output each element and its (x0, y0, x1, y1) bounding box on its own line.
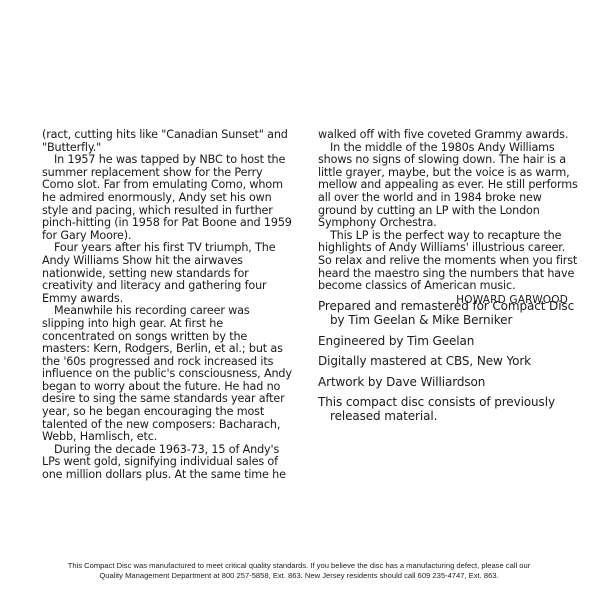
footer-line: Quality Management Department at 800 257… (0, 571, 598, 581)
paragraph: In 1957 he was tapped by NBC to host the… (42, 154, 294, 242)
paragraph: In the middle of the 1980s Andy Williams… (318, 142, 580, 230)
paragraph: During the decade 1963-73, 15 of Andy's … (42, 444, 294, 482)
production-credits: Prepared and remastered for Compact Disc… (318, 299, 588, 430)
credit-line: Artwork by Dave Williardson (318, 375, 588, 389)
paragraph: (ract, cutting hits like "Canadian Sunse… (42, 129, 294, 154)
credit-line: Engineered by Tim Geelan (318, 334, 588, 348)
paragraph: Four years after his first TV triumph, T… (42, 242, 294, 305)
liner-notes-right-column: walked off with five coveted Grammy awar… (318, 129, 580, 317)
credit-line: Prepared and remastered for Compact Disc… (318, 299, 588, 327)
paragraph: walked off with five coveted Grammy awar… (318, 129, 580, 142)
quality-notice-footer: This Compact Disc was manufactured to me… (0, 561, 598, 580)
paragraph: This LP is the perfect way to recapture … (318, 230, 580, 293)
footer-line: This Compact Disc was manufactured to me… (0, 561, 598, 571)
credit-line: This compact disc consists of previously… (318, 395, 588, 423)
credit-line: Digitally mastered at CBS, New York (318, 354, 588, 368)
liner-notes-left-column: (ract, cutting hits like "Canadian Sunse… (42, 129, 294, 482)
paragraph: Meanwhile his recording career was slipp… (42, 305, 294, 444)
